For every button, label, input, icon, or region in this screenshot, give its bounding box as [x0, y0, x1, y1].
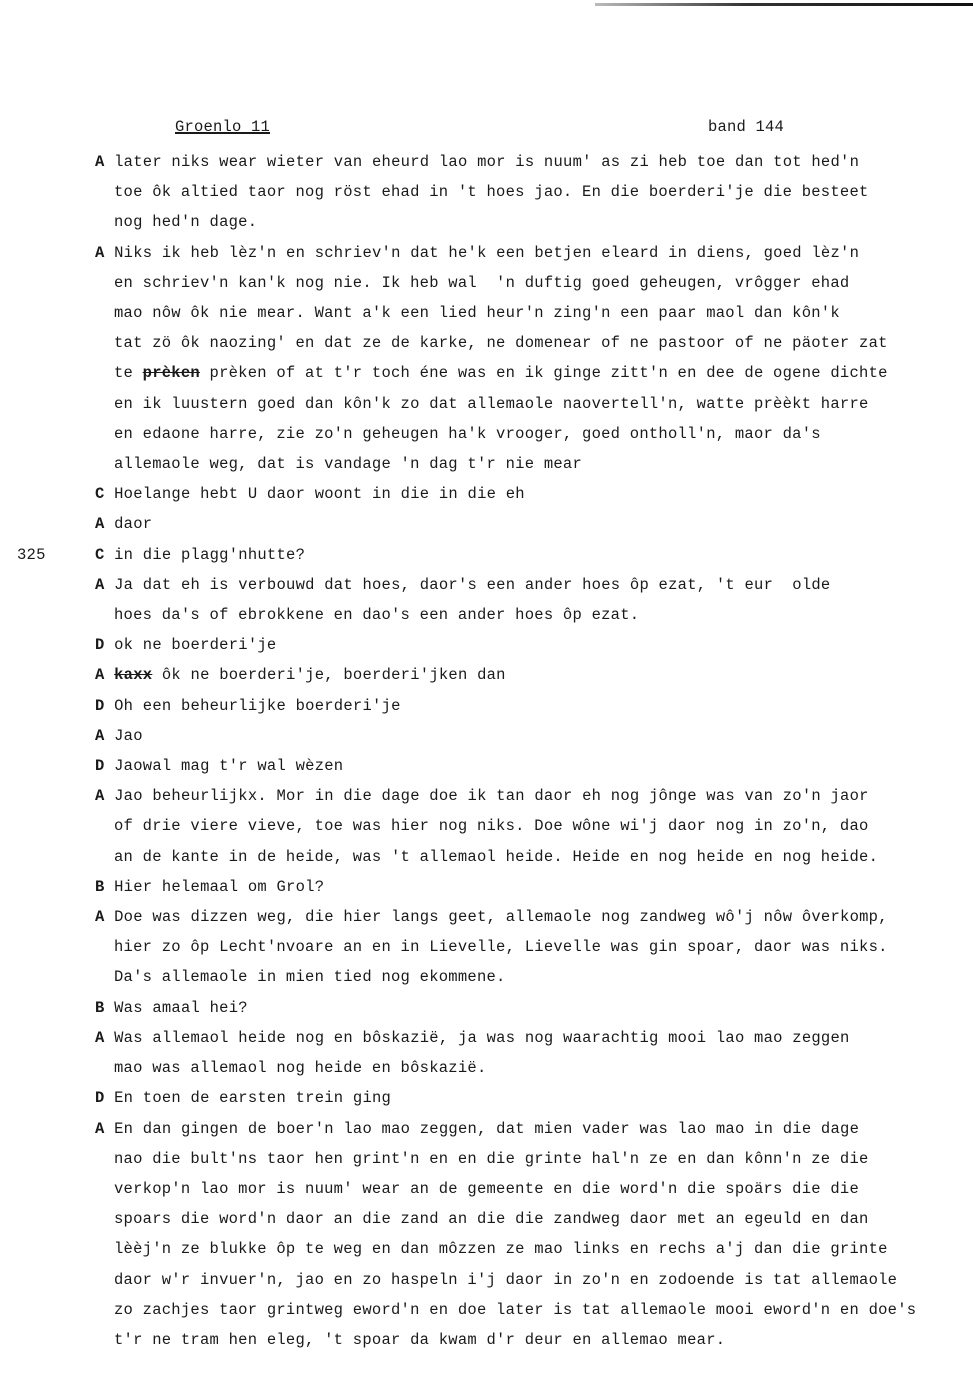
transcript-line: Da's allemaole in mien tied nog ekommene…: [95, 962, 965, 992]
speaker-label: C: [95, 546, 114, 564]
utterance-speaker-a: A Niks ik heb lèz'n en schriev'n dat he'…: [95, 238, 965, 480]
band-label: band 144: [708, 118, 784, 136]
transcript-line: A Niks ik heb lèz'n en schriev'n dat he'…: [95, 238, 965, 268]
speaker-label: A: [95, 666, 114, 684]
margin-line-number: 325: [17, 540, 46, 570]
transcript-line: A kaxx ôk ne boerderi'je, boerderi'jken …: [95, 660, 965, 690]
transcript-line: mao nôw ôk nie mear. Want a'k een lied h…: [95, 298, 965, 328]
speaker-label: B: [95, 878, 114, 896]
utterance-speaker-a: A Jao: [95, 721, 965, 751]
transcript-line: nog hed'n dage.: [95, 207, 965, 237]
transcript-line: D En toen de earsten trein ging: [95, 1083, 965, 1113]
utterance-speaker-a: A En dan gingen de boer'n lao mao zeggen…: [95, 1114, 965, 1356]
transcript-line: A En dan gingen de boer'n lao mao zeggen…: [95, 1114, 965, 1144]
speaker-label: D: [95, 697, 114, 715]
speaker-label: A: [95, 1029, 114, 1047]
speaker-label: D: [95, 757, 114, 775]
utterance-speaker-a: A later niks wear wieter van eheurd lao …: [95, 147, 965, 238]
transcript-line: toe ôk altied taor nog röst ehad in 't h…: [95, 177, 965, 207]
speaker-label: A: [95, 576, 114, 594]
transcript-line: te prèken prèken of at t'r toch éne was …: [95, 358, 965, 388]
utterance-speaker-c: 325C in die plagg'nhutte?: [95, 540, 965, 570]
speaker-label: A: [95, 244, 114, 262]
transcript-line: A daor: [95, 509, 965, 539]
utterance-speaker-d: D ok ne boerderi'je: [95, 630, 965, 660]
place-label: Groenlo 11: [175, 118, 270, 136]
transcript-line: lèèj'n ze blukke ôp te weg en dan môzzen…: [95, 1234, 965, 1264]
transcript-line: A Jao: [95, 721, 965, 751]
transcript-line: D Oh een beheurlijke boerderi'je: [95, 691, 965, 721]
speaker-label: C: [95, 485, 114, 503]
transcript-line: mao was allemaol nog heide en bôskazië.: [95, 1053, 965, 1083]
transcript-line: spoars die word'n daor an die zand an di…: [95, 1204, 965, 1234]
speaker-label: B: [95, 999, 114, 1017]
transcript-line: C Hoelange hebt U daor woont in die in d…: [95, 479, 965, 509]
transcript-line: D Jaowal mag t'r wal wèzen: [95, 751, 965, 781]
utterance-speaker-a: A Ja dat eh is verbouwd dat hoes, daor's…: [95, 570, 965, 630]
utterance-speaker-b: B Hier helemaal om Grol?: [95, 872, 965, 902]
transcript-line: A Doe was dizzen weg, die hier langs gee…: [95, 902, 965, 932]
transcript-line: hoes da's of ebrokkene en dao's een ande…: [95, 600, 965, 630]
transcript-line: verkop'n lao mor is nuum' wear an de gem…: [95, 1174, 965, 1204]
struck-out-word: kaxx: [114, 666, 152, 684]
utterance-speaker-c: C Hoelange hebt U daor woont in die in d…: [95, 479, 965, 509]
transcript-line: nao die bult'ns taor hen grint'n en en d…: [95, 1144, 965, 1174]
transcript-line: tat zö ôk naozing' en dat ze de karke, n…: [95, 328, 965, 358]
speaker-label: A: [95, 1120, 114, 1138]
transcript-body: A later niks wear wieter van eheurd lao …: [95, 147, 965, 1355]
transcript-line: zo zachjes taor grintweg eword'n en doe …: [95, 1295, 965, 1325]
transcript-line: hier zo ôp Lecht'nvoare an en in Lievell…: [95, 932, 965, 962]
speaker-label: A: [95, 727, 114, 745]
transcript-line: A later niks wear wieter van eheurd lao …: [95, 147, 965, 177]
utterance-speaker-a: A daor: [95, 509, 965, 539]
utterance-speaker-a: A kaxx ôk ne boerderi'je, boerderi'jken …: [95, 660, 965, 690]
utterance-speaker-d: D Oh een beheurlijke boerderi'je: [95, 691, 965, 721]
utterance-speaker-d: D Jaowal mag t'r wal wèzen: [95, 751, 965, 781]
transcript-line: en schriev'n kan'k nog nie. Ik heb wal '…: [95, 268, 965, 298]
transcript-line: en edaone harre, zie zo'n geheugen ha'k …: [95, 419, 965, 449]
speaker-label: A: [95, 787, 114, 805]
utterance-speaker-a: A Was allemaol heide nog en bôskazië, ja…: [95, 1023, 965, 1083]
speaker-label: A: [95, 515, 114, 533]
transcript-line: B Hier helemaal om Grol?: [95, 872, 965, 902]
utterance-speaker-b: B Was amaal hei?: [95, 993, 965, 1023]
transcript-line: en ik luustern goed dan kôn'k zo dat all…: [95, 389, 965, 419]
transcript-line: A Ja dat eh is verbouwd dat hoes, daor's…: [95, 570, 965, 600]
transcript-line: B Was amaal hei?: [95, 993, 965, 1023]
speaker-label: A: [95, 153, 114, 171]
speaker-label: D: [95, 1089, 114, 1107]
speaker-label: D: [95, 636, 114, 654]
transcript-line: A Jao beheurlijkx. Mor in die dage doe i…: [95, 781, 965, 811]
transcript-line: of drie viere vieve, toe was hier nog ni…: [95, 811, 965, 841]
transcript-line: C in die plagg'nhutte?: [95, 540, 965, 570]
transcript-line: an de kante in de heide, was 't allemaol…: [95, 842, 965, 872]
transcript-line: allemaole weg, dat is vandage 'n dag t'r…: [95, 449, 965, 479]
speaker-label: A: [95, 908, 114, 926]
transcript-line: D ok ne boerderi'je: [95, 630, 965, 660]
utterance-speaker-a: A Jao beheurlijkx. Mor in die dage doe i…: [95, 781, 965, 872]
utterance-speaker-a: A Doe was dizzen weg, die hier langs gee…: [95, 902, 965, 993]
struck-out-word: prèken: [143, 364, 200, 382]
transcript-line: A Was allemaol heide nog en bôskazië, ja…: [95, 1023, 965, 1053]
transcript-line: t'r ne tram hen eleg, 't spoar da kwam d…: [95, 1325, 965, 1355]
utterance-speaker-d: D En toen de earsten trein ging: [95, 1083, 965, 1113]
top-edge-rule: [595, 3, 973, 6]
transcript-line: daor w'r invuer'n, jao en zo haspeln i'j…: [95, 1265, 965, 1295]
